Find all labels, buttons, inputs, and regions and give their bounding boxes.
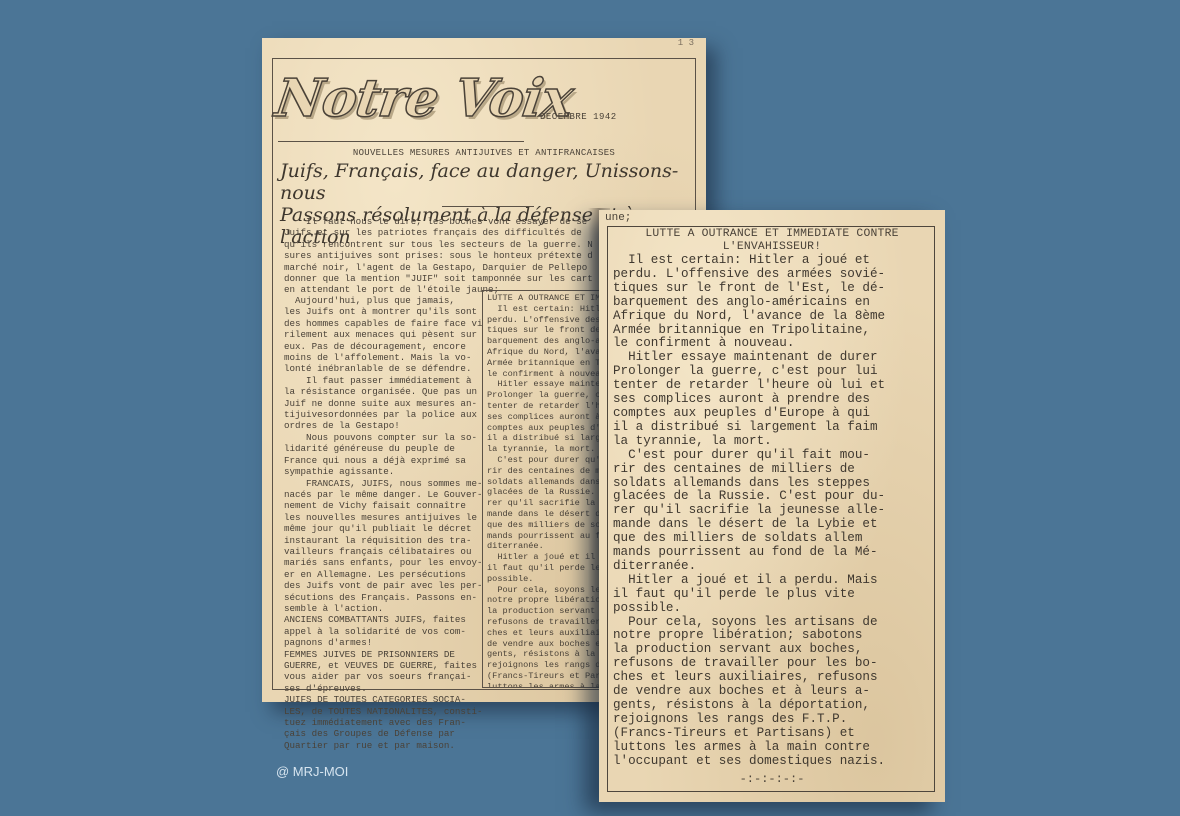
divider: [442, 206, 534, 207]
text-fragment: une;: [605, 212, 631, 224]
masthead: Notre Voix: [276, 68, 572, 129]
article-body: Il est certain: Hitler a joué et perdu. …: [613, 254, 885, 769]
image-credit: @ MRJ-MOI: [276, 764, 348, 779]
article-heading: LUTTE A OUTRANCE ET IMMEDIATE CONTRE L'E…: [611, 228, 933, 254]
slogan-line-1: Juifs, Français, face au danger, Unisson…: [280, 160, 700, 204]
article-enlargement: une; LUTTE A OUTRANCE ET IMMEDIATE CONTR…: [599, 210, 945, 802]
end-mark: -:-:-:-:-: [599, 772, 945, 786]
page-number: 1 3: [678, 38, 694, 48]
issue-date: DECEMBRE 1942: [540, 112, 617, 122]
subheading: NOUVELLES MESURES ANTIJUIVES ET ANTIFRAN…: [276, 148, 692, 158]
intro-paragraph: Il faut nous le dire, les boches vont es…: [284, 216, 593, 296]
newspaper-title: Notre Voix: [272, 68, 576, 129]
divider: [278, 141, 524, 142]
left-column-article: Aujourd'hui, plus que jamais, les Juifs …: [284, 295, 482, 751]
article-heading-line-1: LUTTE A OUTRANCE ET IMMEDIATE CONTRE: [611, 228, 933, 241]
